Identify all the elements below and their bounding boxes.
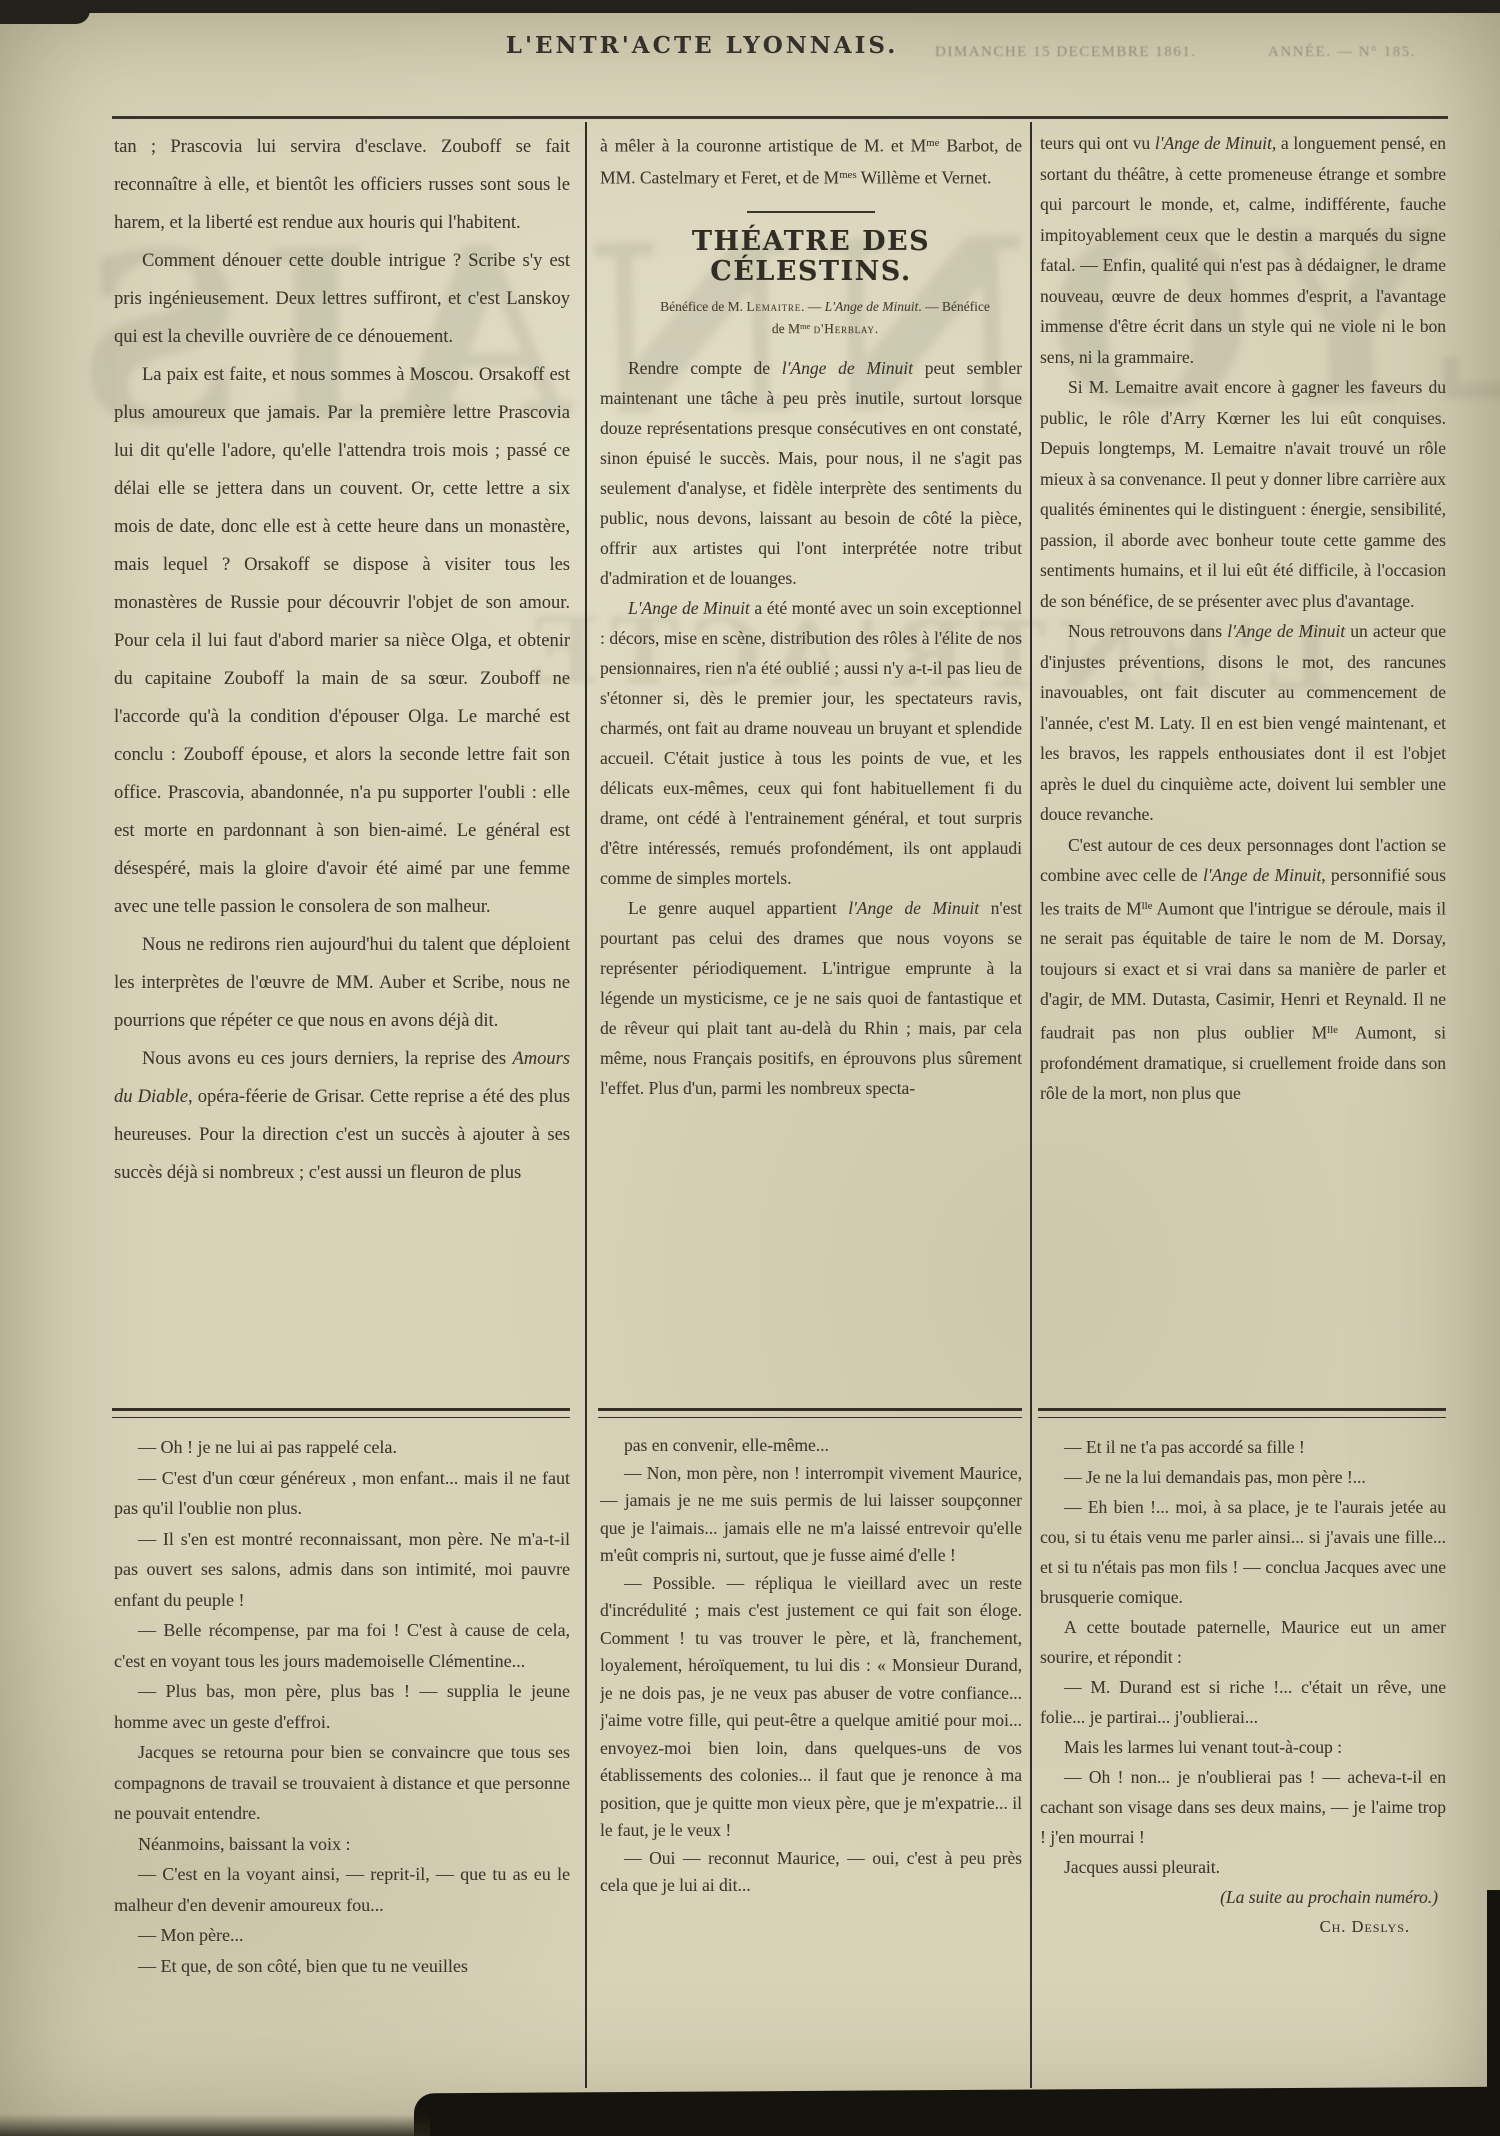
feuilleton-paragraph: — Belle récompense, par ma foi ! C'est à…: [114, 1615, 570, 1676]
article-paragraph: Nous retrouvons dans l'Ange de Minuit un…: [1040, 616, 1446, 830]
page-title: L'ENTR'ACTE LYONNAIS.: [0, 32, 1404, 59]
feuilleton-paragraph: Jacques aussi pleurait.: [1040, 1852, 1446, 1882]
article-paragraph: Si M. Lemaitre avait encore à gagner les…: [1040, 372, 1446, 616]
feuilleton-rule: [112, 1408, 570, 1418]
section-divider: [747, 211, 875, 213]
byline-line: de Mme d'Herblay.: [600, 317, 1022, 339]
scan-edge-right: [1487, 1890, 1500, 2136]
article-paragraph: à mêler à la couronne artistique de M. e…: [600, 128, 1022, 193]
article-column-3: teurs qui ont vu l'Ange de Minuit, a lon…: [1040, 128, 1446, 1406]
article-paragraph: La paix est faite, et nous sommes à Mosc…: [114, 356, 570, 926]
article-paragraph: Comment dénouer cette double intrigue ? …: [114, 242, 570, 356]
feuilleton-paragraph: — Et il ne t'a pas accordé sa fille !: [1040, 1432, 1446, 1462]
feuilleton-paragraph: — C'est en la voyant ainsi, — reprit-il,…: [114, 1859, 570, 1920]
feuilleton-paragraph: — Oh ! non... je n'oublierai pas ! — ach…: [1040, 1762, 1446, 1852]
feuilleton-paragraph: — Eh bien !... moi, à sa place, je te l'…: [1040, 1492, 1446, 1612]
byline: Bénéfice de M. Lemaitre. — L'Ange de Min…: [600, 297, 1022, 339]
newspaper-page: LYONNAIS L'ENTR'ACTE DIMANCHE 15 DECEMBR…: [0, 0, 1500, 2136]
masthead-rule: [112, 116, 1448, 119]
article-column-1: tan ; Prascovia lui servira d'esclave. Z…: [114, 128, 570, 1406]
feuilleton-paragraph: — Oh ! je ne lui ai pas rappelé cela.: [114, 1432, 570, 1463]
feuilleton-paragraph: — Plus bas, mon père, plus bas ! — suppl…: [114, 1676, 570, 1737]
scan-edge-top-left: [0, 0, 90, 24]
feuilleton-rule: [1038, 1408, 1446, 1418]
article-paragraph: C'est autour de ces deux personnages don…: [1040, 830, 1446, 1109]
article-paragraph: tan ; Prascovia lui servira d'esclave. Z…: [114, 128, 570, 242]
closing-note: (La suite au prochain numéro.): [1040, 1882, 1446, 1912]
feuilleton-paragraph: — Non, mon père, non ! interrompit vivem…: [600, 1460, 1022, 1570]
article-paragraph: Rendre compte de l'Ange de Minuit peut s…: [600, 353, 1022, 593]
article-paragraph: Le genre auquel appartient l'Ange de Min…: [600, 893, 1022, 1103]
article-column-2: à mêler à la couronne artistique de M. e…: [600, 128, 1022, 1406]
feuilleton-rule: [598, 1408, 1022, 1418]
feuilleton-column-3: — Et il ne t'a pas accordé sa fille ! — …: [1040, 1432, 1446, 2082]
feuilleton-column-1: — Oh ! je ne lui ai pas rappelé cela. — …: [114, 1432, 570, 2082]
feuilleton-column-2: pas en convenir, elle-même... — Non, mon…: [600, 1432, 1022, 2082]
feuilleton-paragraph: — Il s'en est montré reconnaissant, mon …: [114, 1524, 570, 1616]
feuilleton-paragraph: — Possible. — répliqua le vieillard avec…: [600, 1570, 1022, 1845]
column-divider-1: [585, 122, 587, 2088]
article-paragraph: teurs qui ont vu l'Ange de Minuit, a lon…: [1040, 128, 1446, 372]
feuilleton-paragraph: — Oui — reconnut Maurice, — oui, c'est à…: [600, 1845, 1022, 1900]
feuilleton-paragraph: — Et que, de son côté, bien que tu ne ve…: [114, 1951, 570, 1982]
feuilleton-paragraph: A cette boutade paternelle, Maurice eut …: [1040, 1612, 1446, 1672]
scan-edge-top: [0, 0, 1500, 13]
feuilleton-paragraph: Jacques se retourna pour bien se convain…: [114, 1737, 570, 1829]
feuilleton-paragraph: pas en convenir, elle-même...: [600, 1432, 1022, 1460]
author-signature: Ch. Deslys.: [1040, 1912, 1446, 1942]
scan-edge-bottom: [414, 2087, 1500, 2136]
byline-line: Bénéfice de M. Lemaitre. — L'Ange de Min…: [600, 297, 1022, 317]
feuilleton-paragraph: — Je ne la lui demandais pas, mon père !…: [1040, 1462, 1446, 1492]
scan-edge-bottom-left: [0, 2114, 430, 2136]
feuilleton-paragraph: — M. Durand est si riche !... c'était un…: [1040, 1672, 1446, 1732]
feuilleton-paragraph: — Mon père...: [114, 1920, 570, 1951]
feuilleton-paragraph: Mais les larmes lui venant tout-à-coup :: [1040, 1732, 1446, 1762]
article-paragraph: L'Ange de Minuit a été monté avec un soi…: [600, 593, 1022, 893]
column-divider-2: [1030, 122, 1032, 2088]
feuilleton-paragraph: Néanmoins, baissant la voix :: [114, 1829, 570, 1860]
feuilleton-paragraph: — C'est d'un cœur généreux , mon enfant.…: [114, 1463, 570, 1524]
article-paragraph: Nous ne redirons rien aujourd'hui du tal…: [114, 926, 570, 1040]
section-heading: THÉATRE DES CÉLESTINS.: [600, 227, 1022, 287]
article-paragraph: Nous avons eu ces jours derniers, la rep…: [114, 1040, 570, 1192]
